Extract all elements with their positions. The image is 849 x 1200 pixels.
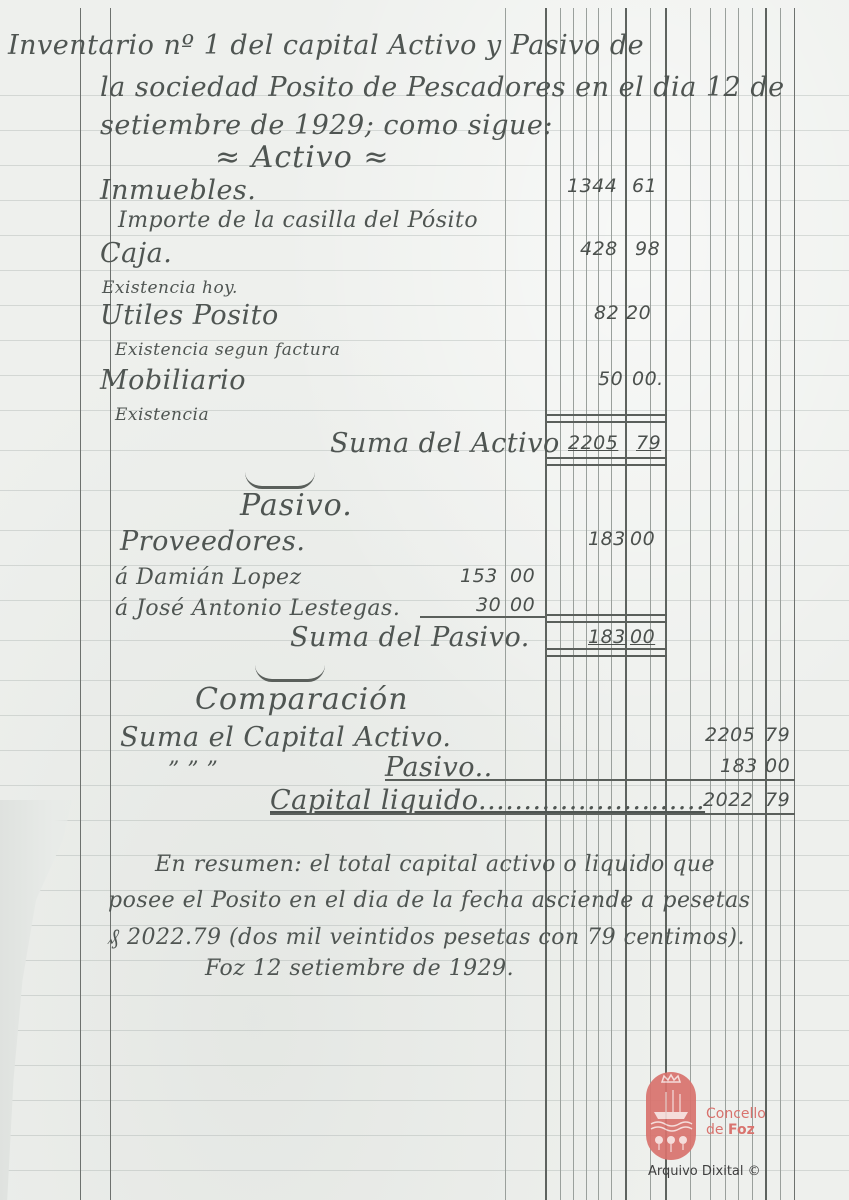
- total-cents: 79: [636, 432, 661, 454]
- total-amount: 2205: [568, 432, 618, 454]
- comparison-cents: 79: [765, 724, 790, 746]
- flourish-ornament: [245, 472, 315, 489]
- total-label: Suma del Pasivo.: [290, 622, 530, 653]
- summary-line: posee el Posito en el dia de la fecha as…: [108, 888, 751, 913]
- summary-line: En resumen: el total capital activo o li…: [155, 852, 715, 877]
- comparison-amount: 183: [720, 755, 758, 777]
- subitem-amount: 30: [476, 594, 501, 616]
- comparison-cents: 79: [765, 789, 790, 811]
- subitem-sum-rule: [420, 616, 545, 618]
- watermark-line1: Concello: [706, 1106, 766, 1122]
- comparison-total-rule: [270, 813, 795, 815]
- watermark-line2-bold: Foz: [728, 1122, 755, 1138]
- item-amount: 428: [580, 238, 618, 260]
- item-amount: 183: [588, 528, 626, 550]
- item-cents: 20: [626, 302, 651, 324]
- item-label: Mobiliario: [100, 365, 246, 396]
- subitem-amount: 153: [460, 565, 498, 587]
- comparison-rule: [385, 779, 795, 781]
- activo-heading: ≈ Activo ≈: [215, 140, 389, 175]
- item-note: Existencia: [115, 405, 209, 425]
- total-double-rule: [547, 648, 667, 657]
- item-cents: 61: [632, 175, 657, 197]
- item-cents: 00.: [632, 368, 664, 390]
- subitem-cents: 00: [510, 565, 535, 587]
- signature-date: Foz 12 setiembre de 1929.: [205, 956, 514, 981]
- subitem-cents: 00: [510, 594, 535, 616]
- total-amount: 183: [588, 626, 626, 648]
- summary-line: ₰ 2022.79 (dos mil veintidos pesetas con…: [108, 924, 745, 950]
- watermark-line2-prefix: de: [706, 1122, 728, 1138]
- concello-foz-seal-icon: [646, 1072, 696, 1160]
- subitem-label: á Damián Lopez: [115, 565, 302, 590]
- ditto-marks: ” ” ”: [168, 758, 218, 783]
- pasivo-heading: Pasivo.: [240, 488, 353, 523]
- item-amount: 50: [598, 368, 623, 390]
- item-amount: 1344: [567, 175, 617, 197]
- title-line: Inventario nº 1 del capital Activo y Pas…: [8, 30, 644, 61]
- flourish-ornament: [255, 665, 325, 682]
- item-note: Existencia segun factura: [115, 340, 340, 360]
- title-line: setiembre de 1929; como sigue:: [100, 110, 553, 141]
- item-label: Proveedores.: [120, 526, 305, 557]
- item-note: Importe de la casilla del Pósito: [118, 208, 478, 233]
- comparison-cents: 00: [765, 755, 790, 777]
- total-cents: 00: [630, 626, 655, 648]
- total-double-rule: [547, 457, 667, 466]
- total-label: Suma del Activo: [330, 428, 560, 459]
- comparacion-heading: Comparación: [195, 682, 409, 717]
- item-label: Caja.: [100, 238, 172, 269]
- item-cents: 98: [635, 238, 660, 260]
- comparison-label: Suma el Capital Activo.: [120, 722, 451, 753]
- watermark-line2: de Foz: [706, 1122, 766, 1138]
- archive-watermark: Concello de Foz Arquivo Dixital ©: [640, 1072, 840, 1192]
- watermark-org-name: Concello de Foz: [706, 1106, 766, 1138]
- comparison-amount: 2205: [705, 724, 755, 746]
- subitem-label: á José Antonio Lestegas.: [115, 596, 400, 621]
- comparison-label: Capital liquido.........................: [270, 785, 705, 816]
- subtotal-rule: [547, 614, 667, 623]
- item-label: Inmuebles.: [100, 175, 256, 206]
- title-line: la sociedad Posito de Pescadores en el d…: [100, 72, 785, 103]
- item-cents: 00: [630, 528, 655, 550]
- comparison-amount: 2022: [703, 789, 753, 811]
- item-label: Utiles Posito: [100, 300, 279, 331]
- watermark-caption: Arquivo Dixital ©: [648, 1164, 761, 1179]
- torn-paper-edge: [0, 800, 90, 1200]
- item-amount: 82: [594, 302, 619, 324]
- document-page: Inventario nº 1 del capital Activo y Pas…: [0, 0, 849, 1200]
- item-note: Existencia hoy.: [102, 278, 238, 298]
- subtotal-rule: [547, 414, 667, 423]
